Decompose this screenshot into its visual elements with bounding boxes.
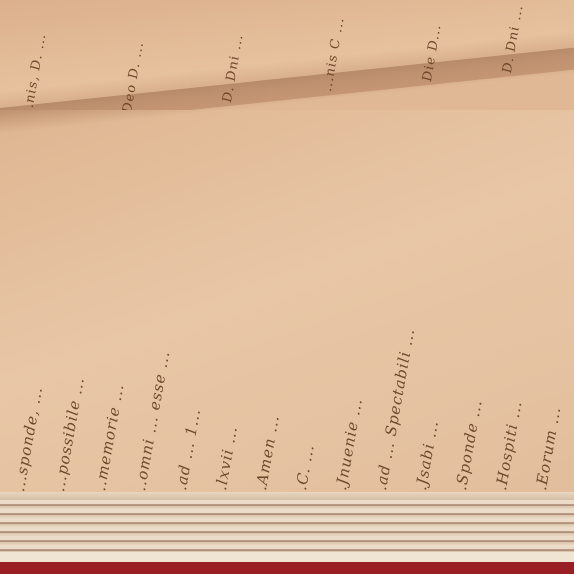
handwritten-line: ...possibile ... [50, 375, 88, 493]
red-book-cover [0, 562, 574, 574]
handwritten-line: ...ad ... 1... [170, 407, 204, 503]
handwritten-line: ...Sponde ... [450, 398, 486, 503]
handwritten-line: ...sponde, ... [10, 385, 46, 493]
handwritten-line: ...Eorum ... [530, 405, 564, 503]
handwritten-line: ...Jnuenie ... [330, 397, 366, 503]
handwritten-line: ...Amen ... [250, 413, 283, 503]
handwritten-line: ...memorie ... [90, 382, 128, 498]
lower-manuscript-page: ...sponde, ... ...possibile ... ...memor… [0, 110, 574, 510]
handwritten-line: ...Hospiti ... [490, 399, 526, 503]
handwritten-line: ...omni ... esse ... [130, 349, 173, 498]
handwritten-line: ...ad ... Spectabili ... [370, 327, 418, 503]
cover-inner-edge [0, 552, 574, 562]
handwritten-line: ...Jsabi ... [410, 419, 442, 503]
